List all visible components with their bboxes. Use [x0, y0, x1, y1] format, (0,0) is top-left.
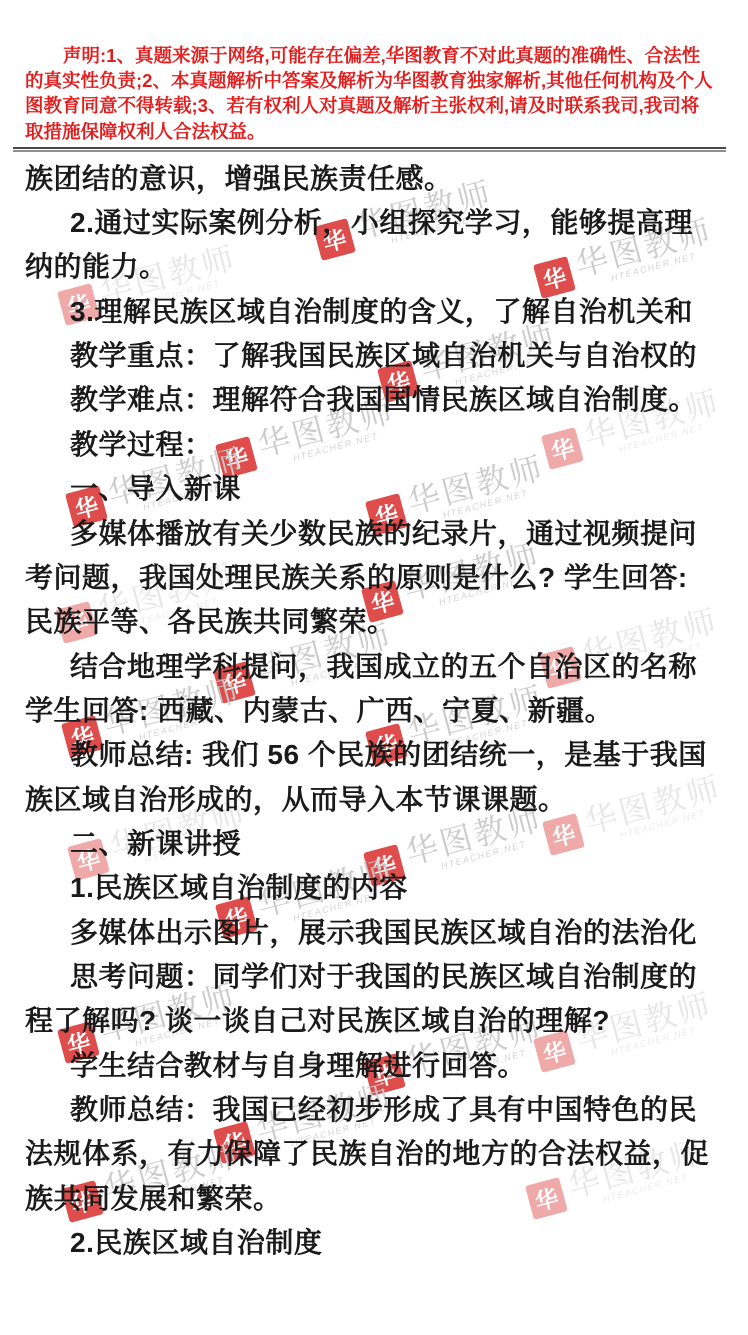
section-divider [13, 147, 726, 152]
text-line: 2.通过实际案例分析，小组探究学习，能够提高理解分析归 [25, 201, 713, 245]
text-line: 思考问题：同学们对于我国的民族区域自治制度的法治化进 [25, 955, 713, 999]
text-line: 教学难点：理解符合我国国情民族区域自治制度。 [25, 378, 713, 422]
disclaimer-label: 声明: [63, 45, 106, 66]
text-line: 3.理解民族区域自治制度的含义，了解自治机关和自治权。 [25, 290, 713, 334]
text-line: 多媒体出示图片，展示我国民族区域自治的法治化进程。 [25, 911, 713, 955]
disclaimer-line: 图教育同意不得转载;3、若有权利人对真题及解析主张权利,请及时联系我司,我司将依… [25, 93, 713, 118]
text-line: 结合地理学科提问，我国成立的五个自治区的名称分别是? [25, 645, 713, 689]
text-line: 教师总结: 我们 56 个民族的团结统一，是基于我国实行的民 [25, 733, 713, 777]
text-line: 民族平等、各民族共同繁荣。 [25, 600, 713, 644]
text-line: 学生结合教材与自身理解进行回答。 [25, 1044, 713, 1088]
text-line: 教师总结：我国已经初步形成了具有中国特色的民族法律、 [25, 1088, 713, 1132]
disclaimer-notice: 声明:1、真题来源于网络,可能存在偏差,华图教育不对此真题的准确性、合法性以及内… [25, 43, 713, 144]
disclaimer-line: 取措施保障权利人合法权益。 [25, 119, 713, 144]
text-line: 教学过程： [25, 423, 713, 467]
disclaimer-line: 声明:1、真题来源于网络,可能存在偏差,华图教育不对此真题的准确性、合法性以及内… [25, 43, 713, 68]
text-line: 族区域自治形成的，从而导入本节课课题。 [25, 778, 713, 822]
text-line: 多媒体播放有关少数民族的纪录片，通过视频提问学生并思 [25, 512, 713, 556]
text-line: 纳的能力。 [25, 245, 713, 289]
text-line: 一、导入新课 [25, 467, 713, 511]
text-line: 法规体系，有力保障了民族自治的地方的合法权益，促进了各民 [25, 1132, 713, 1176]
text-line: 2.民族区域自治制度 [25, 1221, 713, 1265]
lesson-plan-text: 族团结的意识，增强民族责任感。2.通过实际案例分析，小组探究学习，能够提高理解分… [25, 157, 713, 1266]
text-line: 族团结的意识，增强民族责任感。 [25, 157, 713, 201]
text-line: 1.民族区域自治制度的内容 [25, 866, 713, 910]
document-page: 华华图教师HTEACHER.NET华华图教师HTEACHER.NET华华图教师H… [0, 0, 748, 1335]
text-line: 考问题，我国处理民族关系的原则是什么? 学生回答: 民族团结、 [25, 556, 713, 600]
text-line: 二、新课讲授 [25, 822, 713, 866]
disclaimer-line: 的真实性负责;2、本真题解析中答案及解析为华图教育独家解析,其他任何机构及个人未… [25, 68, 713, 93]
document-content: 声明:1、真题来源于网络,可能存在偏差,华图教育不对此真题的准确性、合法性以及内… [0, 0, 748, 1265]
text-line: 教学重点：了解我国民族区域自治机关与自治权的含义。 [25, 334, 713, 378]
text-line: 族共同发展和繁荣。 [25, 1177, 713, 1221]
text-line: 学生回答: 西藏、内蒙古、广西、宁夏、新疆。 [25, 689, 713, 733]
text-line: 程了解吗? 谈一谈自己对民族区域自治的理解? [25, 999, 713, 1043]
